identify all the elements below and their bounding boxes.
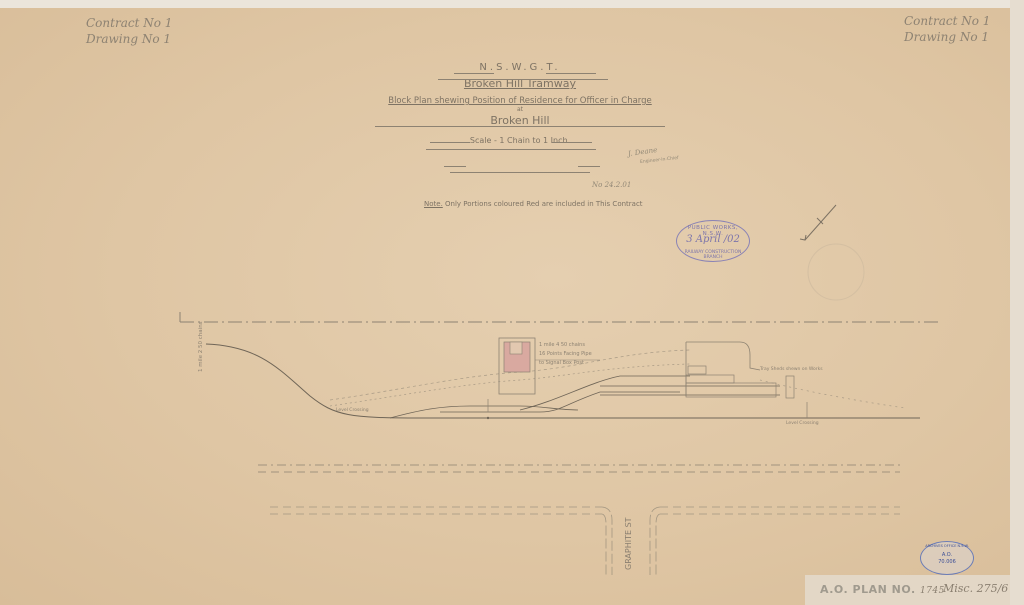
street-name: GRAPHITE ST [624, 517, 633, 570]
misc-reference: Misc. 275/6 [943, 582, 1008, 595]
level-crossing-right: Level Crossing [786, 421, 819, 426]
archive-stamp-line2: A.O. [921, 552, 973, 558]
level-crossing-left: Level Crossing [336, 408, 369, 413]
plan-number-label: A.O. PLAN NO. [820, 583, 916, 596]
residence-note-2: to Signal Box Post [539, 360, 584, 366]
plan-number: A.O. PLAN NO. 1745 [820, 583, 945, 596]
archive-stamp: ARCHIVES OFFICE N.S.W. A.O. 70.006 [920, 541, 974, 575]
north-arrow-icon [800, 205, 836, 240]
residence-chainage: 1 mile 4 50 chains [539, 342, 585, 348]
archive-stamp-line1: ARCHIVES OFFICE N.S.W. [921, 544, 973, 548]
plan-number-value: 1745 [920, 586, 945, 596]
yard-label: Tray Sheds shewn on Works [760, 367, 823, 372]
residence-note-1: 16 Points Facing Pipe [539, 351, 592, 357]
chainage-label: 1 mile 2 50 chains [198, 321, 204, 372]
plan-drawing [0, 0, 1024, 605]
archive-stamp-line3: 70.006 [921, 559, 973, 565]
